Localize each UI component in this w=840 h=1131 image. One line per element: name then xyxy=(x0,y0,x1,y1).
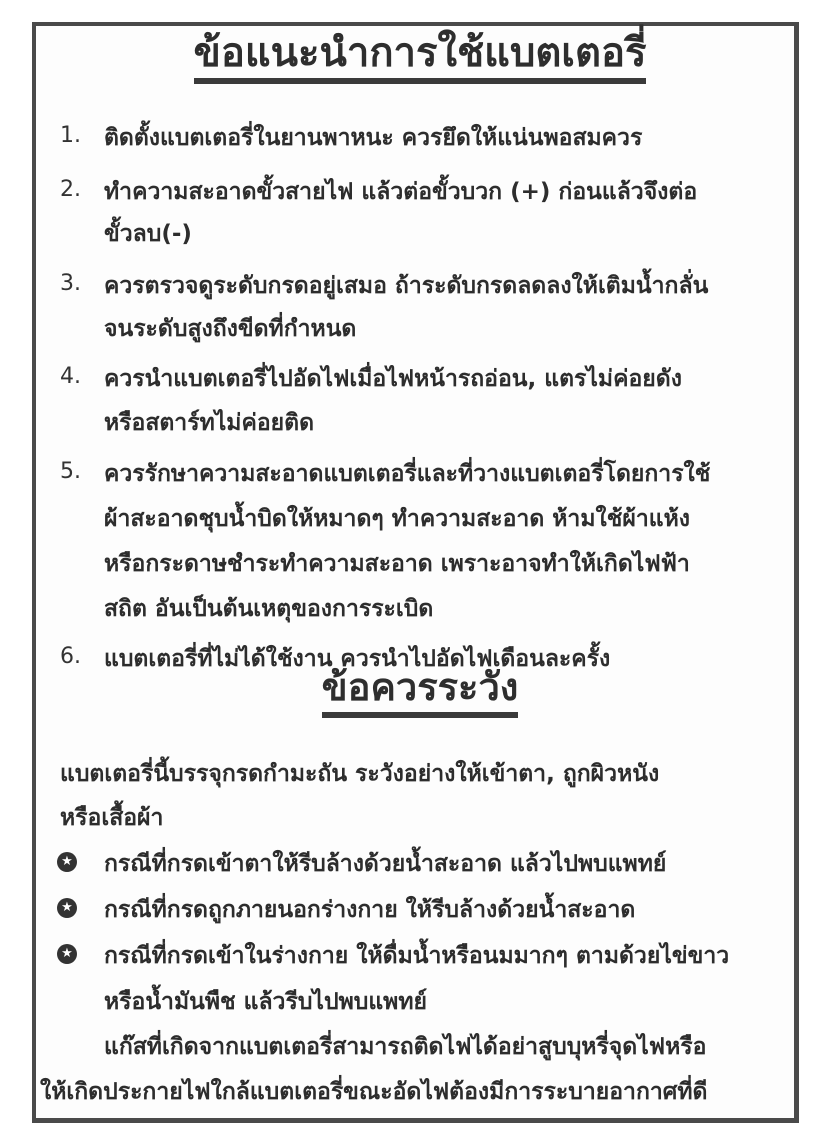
caution-bullet-3-line-2: หรือน้ำมันพืช แล้วรีบไปพบแพทย์ xyxy=(104,984,427,1020)
item-number-2: 2. xyxy=(60,177,81,202)
instruction-5-line-1: ควรรักษาความสะอาดแบตเตอรี่และที่วางแบตเต… xyxy=(104,456,710,492)
instruction-5-line-3: หรือกระดาษชำระทำความสะอาด เพราะอาจทำให้เ… xyxy=(104,546,690,582)
instruction-3-line-2: จนระดับสูงถึงขีดที่กำหนด xyxy=(104,311,356,347)
item-number-3: 3. xyxy=(60,271,81,296)
item-number-5: 5. xyxy=(60,459,81,484)
instruction-5-line-4: สถิต อันเป็นต้นเหตุของการระเบิด xyxy=(104,591,433,627)
star-bullet-icon: ★ xyxy=(57,944,77,964)
caution-bullet-2: กรณีที่กรดถูกภายนอกร่างกาย ให้รีบล้างด้ว… xyxy=(104,892,635,928)
item-number-4: 4. xyxy=(60,364,81,389)
caution-intro-line-2: หรือเสื้อผ้า xyxy=(60,800,163,836)
caution-bullet-1: กรณีที่กรดเข้าตาให้รีบล้างด้วยน้ำสะอาด แ… xyxy=(104,846,666,882)
star-bullet-icon: ★ xyxy=(57,898,77,918)
caution-bullet-3-line-1: กรณีที่กรดเข้าในร่างกาย ให้ดื่มน้ำหรือนม… xyxy=(104,938,729,974)
instruction-1-line-1: ติดตั้งแบตเตอรี่ในยานพาหนะ ควรยึดให้แน่น… xyxy=(104,120,642,156)
instruction-4-line-2: หรือสตาร์ทไม่ค่อยติด xyxy=(104,405,314,441)
instruction-3-line-1: ควรตรวจดูระดับกรดอยู่เสมอ ถ้าระดับกรดลดล… xyxy=(104,268,708,304)
closing-line-1: แก๊สที่เกิดจากแบตเตอรี่สามารถติดไฟได้อย่… xyxy=(104,1029,706,1065)
page-title: ข้อแนะนำการใช้แบตเตอรี่ xyxy=(0,30,840,84)
instruction-2-line-1: ทำความสะอาดขั้วสายไฟ แล้วต่อขั้วบวก (+) … xyxy=(104,174,697,210)
instruction-2-line-2: ขั้วลบ(-) xyxy=(104,216,192,252)
closing-line-2: ให้เกิดประกายไฟใกล้แบตเตอรี่ขณะอัดไฟต้อง… xyxy=(40,1074,707,1110)
caution-title: ข้อควรระวัง xyxy=(0,665,840,718)
star-bullet-icon: ★ xyxy=(57,852,77,872)
instruction-4-line-1: ควรนำแบตเตอรี่ไปอัดไฟเมื่อไฟหน้ารถอ่อน, … xyxy=(104,361,682,397)
instruction-5-line-2: ผ้าสะอาดชุบน้ำบิดให้หมาดๆ ทำความสะอาด ห้… xyxy=(104,501,690,537)
item-number-1: 1. xyxy=(60,123,81,148)
caution-intro-line-1: แบตเตอรี่นี้บรรจุกรดกำมะถัน ระวังอย่างให… xyxy=(60,756,659,792)
